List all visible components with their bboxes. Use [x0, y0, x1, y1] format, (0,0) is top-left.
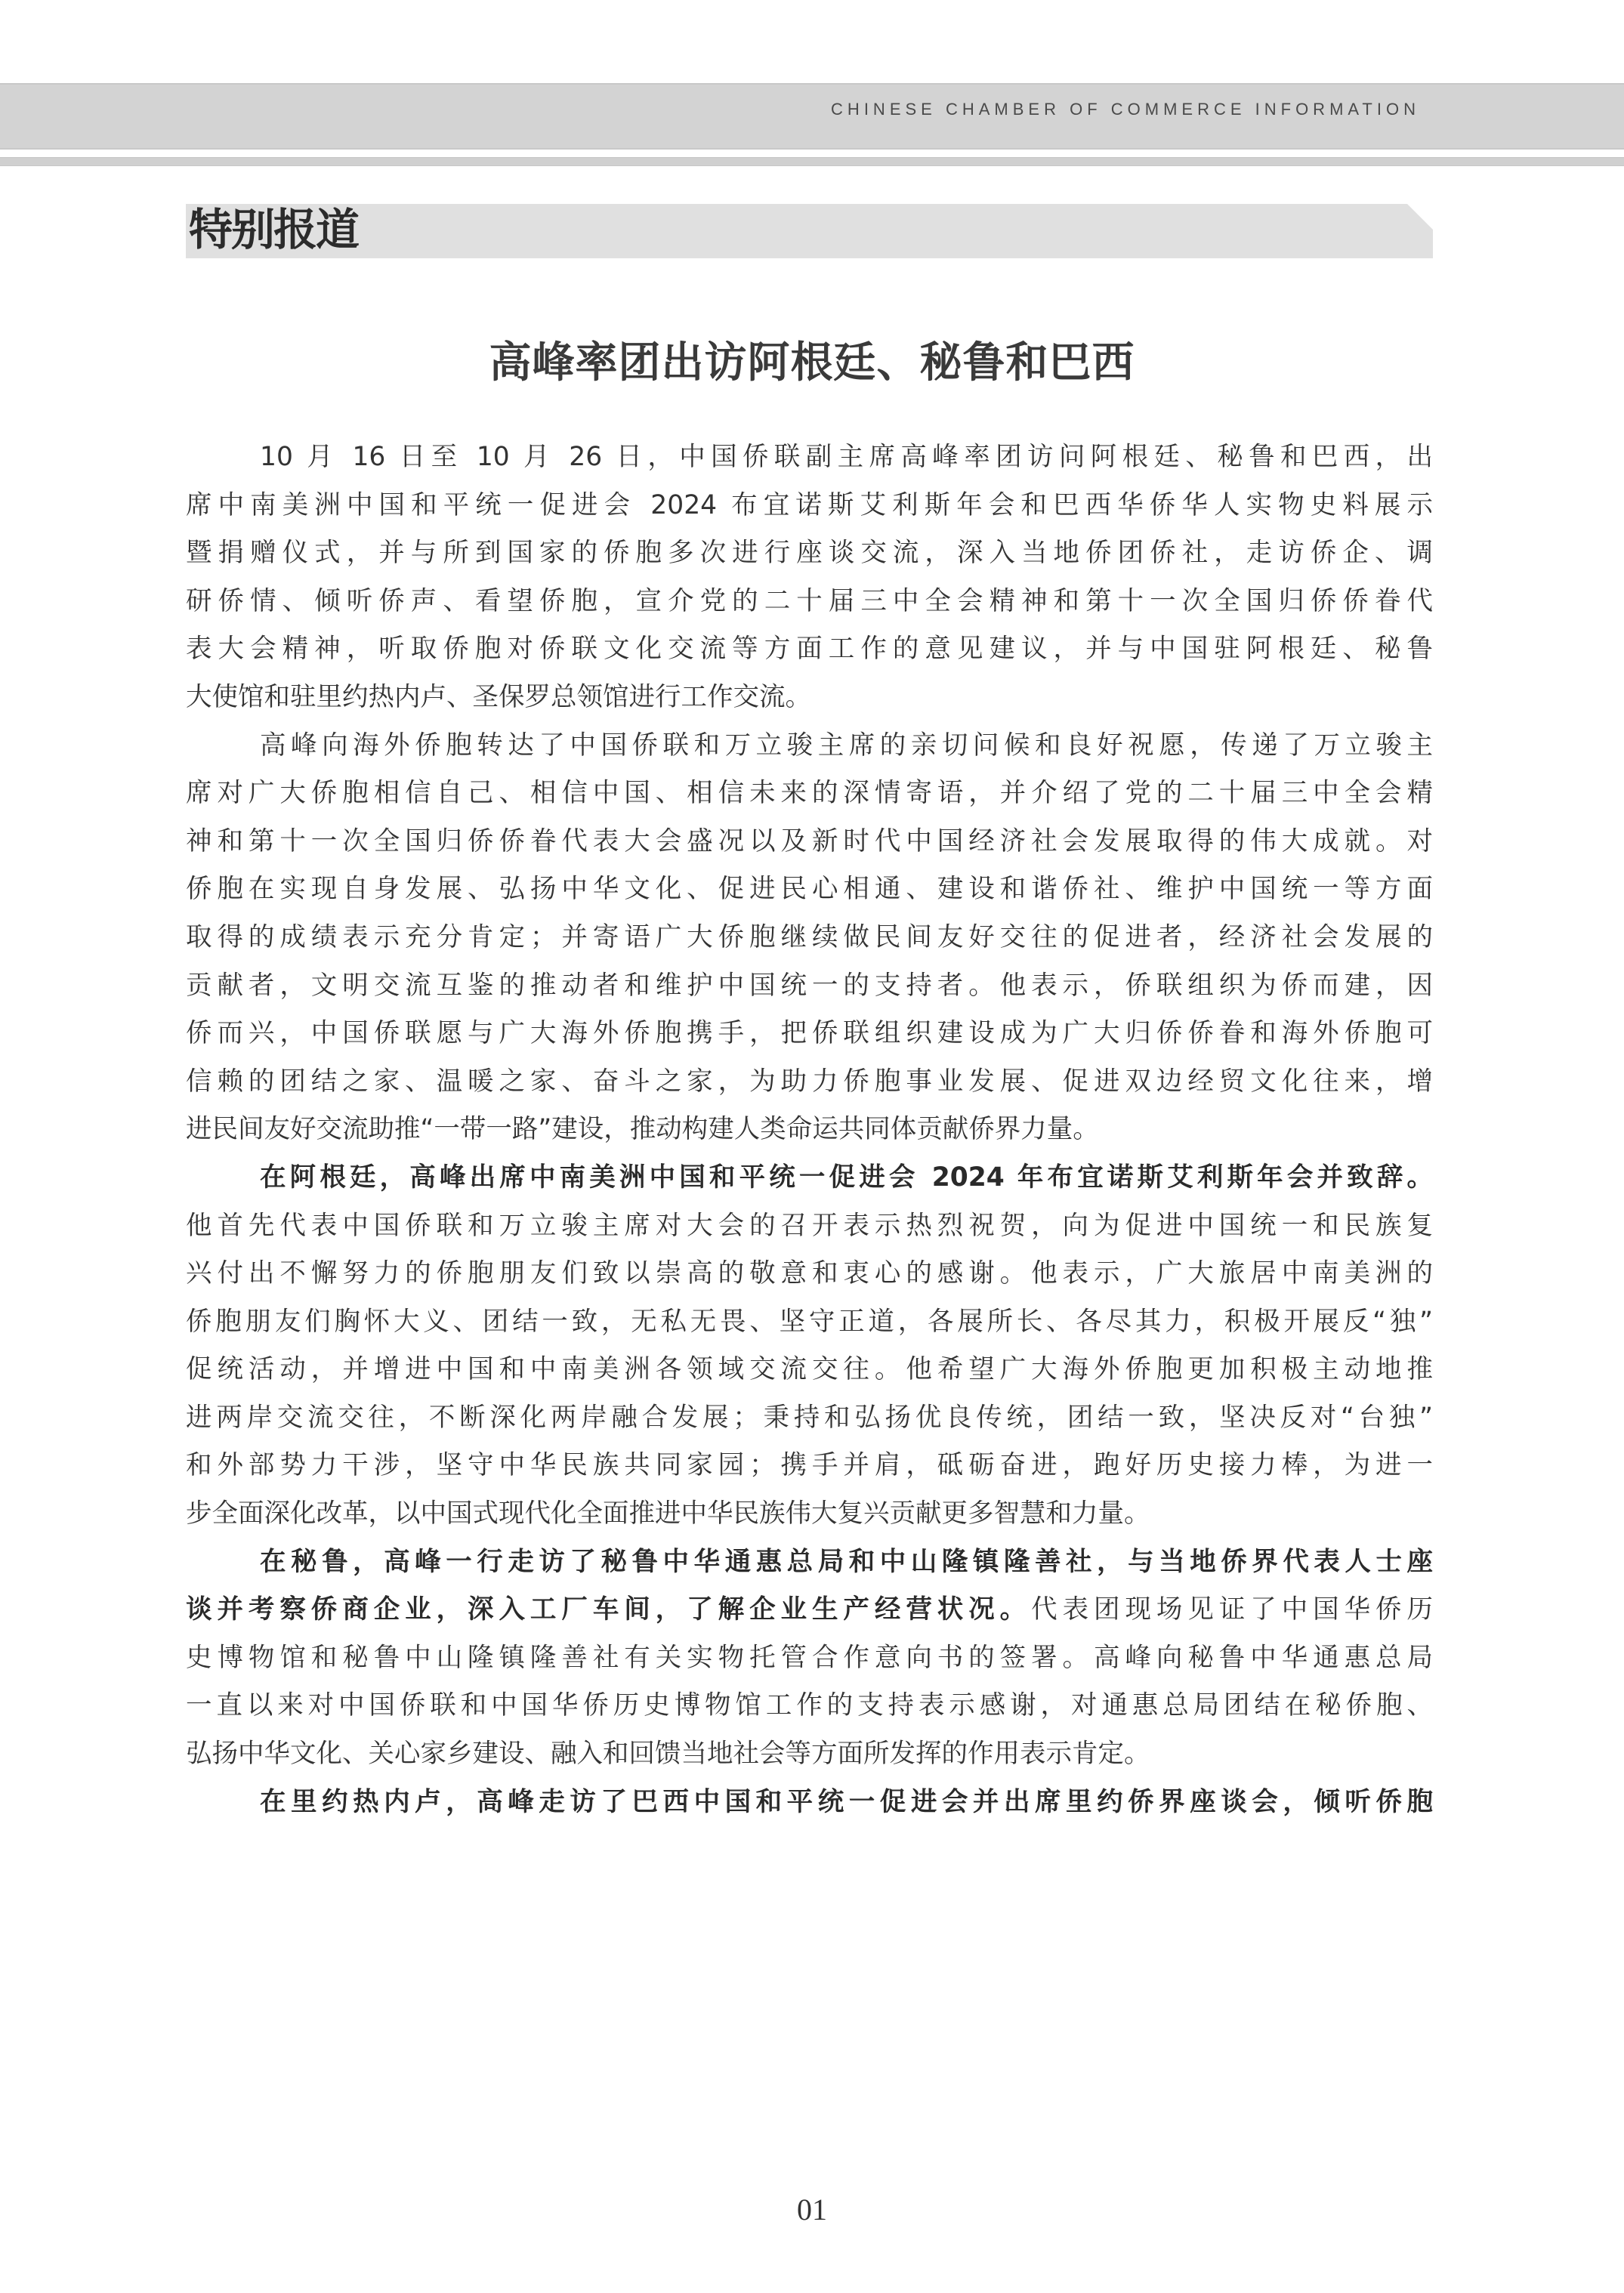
paragraph-2-line: 侨胞在实现自身发展、弘扬中华文化、促进民心相通、建设和谐侨社、维护中国统一等方面	[186, 866, 1433, 914]
header-divider	[0, 157, 1624, 166]
paragraph-4-line: 史博物馆和秘鲁中山隆镇隆善社有关实物托管合作意向书的签署。高峰向秘鲁中华通惠总局	[186, 1634, 1433, 1683]
paragraph-3-line: 进两岸交流交往，不断深化两岸融合发展；秉持和弘扬优良传统，团结一致，坚决反对“台…	[186, 1394, 1433, 1443]
paragraph-1-line: 席中南美洲中国和平统一促进会 2024 布宜诺斯艾利斯年会和巴西华侨华人实物史料…	[186, 482, 1433, 530]
paragraph-1-line: 暨捐赠仪式，并与所到国家的侨胞多次进行座谈交流，深入当地侨团侨社，走访侨企、调	[186, 529, 1433, 578]
paragraph-3-line: 步全面深化改革，以中国式现代化全面推进中华民族伟大复兴贡献更多智慧和力量。	[186, 1490, 1433, 1538]
paragraph-3-lead-bold: 在阿根廷，高峰出席中南美洲中国和平统一促进会 2024 年布宜诺斯艾利斯年会并致…	[186, 1154, 1433, 1202]
paragraph-2-line: 高峰向海外侨胞转达了中国侨联和万立骏主席的亲切问候和良好祝愿，传递了万立骏主	[186, 722, 1433, 770]
article-body: 10 月 16 日至 10 月 26 日，中国侨联副主席高峰率团访问阿根廷、秘鲁…	[186, 434, 1433, 1826]
paragraph-4-lead-bold: 在秘鲁，高峰一行走访了秘鲁中华通惠总局和中山隆镇隆善社，与当地侨界代表人士座	[186, 1538, 1433, 1587]
paragraph-2-line: 侨而兴，中国侨联愿与广大海外侨胞携手，把侨联组织建设成为广大归侨侨眷和海外侨胞可	[186, 1010, 1433, 1058]
paragraph-1-line: 研侨情、倾听侨声、看望侨胞，宣介党的二十届三中全会精神和第十一次全国归侨侨眷代	[186, 578, 1433, 626]
paragraph-3-line: 侨胞朋友们胸怀大义、团结一致，无私无畏、坚守正道，各展所长、各尽其力，积极开展反…	[186, 1298, 1433, 1347]
paragraph-1-line: 大使馆和驻里约热内卢、圣保罗总领馆进行工作交流。	[186, 674, 1433, 722]
paragraph-3-line: 促统活动，并增进中国和中南美洲各领域交流交往。他希望广大海外侨胞更加积极主动地推	[186, 1346, 1433, 1394]
page-number: 01	[0, 2192, 1624, 2227]
article-title: 高峰率团出访阿根廷、秘鲁和巴西	[0, 337, 1624, 390]
paragraph-2-line: 神和第十一次全国归侨侨眷代表大会盛况以及新时代中国经济社会发展取得的伟大成就。对	[186, 818, 1433, 866]
paragraph-4-mixed-line: 谈并考察侨商企业，深入工厂车间，了解企业生产经营状况。代表团现场见证了中国华侨历	[186, 1586, 1433, 1634]
paragraph-5-lead-bold: 在里约热内卢，高峰走访了巴西中国和平统一促进会并出席里约侨界座谈会，倾听侨胞	[186, 1779, 1433, 1827]
paragraph-4-line-rest: 代表团现场见证了中国华侨历	[1031, 1594, 1433, 1625]
paragraph-1-line: 10 月 16 日至 10 月 26 日，中国侨联副主席高峰率团访问阿根廷、秘鲁…	[186, 434, 1433, 482]
paragraph-2-line: 进民间友好交流助推“一带一路”建设，推动构建人类命运共同体贡献侨界力量。	[186, 1106, 1433, 1154]
paragraph-4-line: 一直以来对中国侨联和中国华侨历史博物馆工作的支持表示感谢，对通惠总局团结在秘侨胞…	[186, 1682, 1433, 1730]
section-label-bar	[186, 204, 1433, 258]
publication-name: CHINESE CHAMBER OF COMMERCE INFORMATION	[831, 100, 1420, 119]
paragraph-3-line: 他首先代表中国侨联和万立骏主席对大会的召开表示热烈祝贺，向为促进中国统一和民族复	[186, 1202, 1433, 1251]
paragraph-4-line: 弘扬中华文化、关心家乡建设、融入和回馈当地社会等方面所发挥的作用表示肯定。	[186, 1730, 1433, 1779]
paragraph-4-lead-bold-cont: 谈并考察侨商企业，深入工厂车间，了解企业生产经营状况。	[186, 1594, 1031, 1625]
paragraph-2-line: 贡献者，文明交流互鉴的推动者和维护中国统一的支持者。他表示，侨联组织为侨而建，因	[186, 962, 1433, 1011]
publication-header-band: CHINESE CHAMBER OF COMMERCE INFORMATION	[0, 83, 1624, 150]
paragraph-3-line: 兴付出不懈努力的侨胞朋友们致以崇高的敬意和衷心的感谢。他表示，广大旅居中南美洲的	[186, 1250, 1433, 1298]
section-label: 特别报道	[189, 202, 358, 257]
paragraph-2-line: 席对广大侨胞相信自己、相信中国、相信未来的深情寄语，并介绍了党的二十届三中全会精	[186, 770, 1433, 818]
paragraph-3-line: 和外部势力干涉，坚守中华民族共同家园；携手并肩，砥砺奋进，跑好历史接力棒，为进一	[186, 1442, 1433, 1490]
paragraph-1-line: 表大会精神，听取侨胞对侨联文化交流等方面工作的意见建议，并与中国驻阿根廷、秘鲁	[186, 625, 1433, 674]
paragraph-2-line: 取得的成绩表示充分肯定；并寄语广大侨胞继续做民间友好交往的促进者，经济社会发展的	[186, 914, 1433, 962]
paragraph-2-line: 信赖的团结之家、温暖之家、奋斗之家，为助力侨胞事业发展、促进双边经贸文化往来，增	[186, 1058, 1433, 1106]
